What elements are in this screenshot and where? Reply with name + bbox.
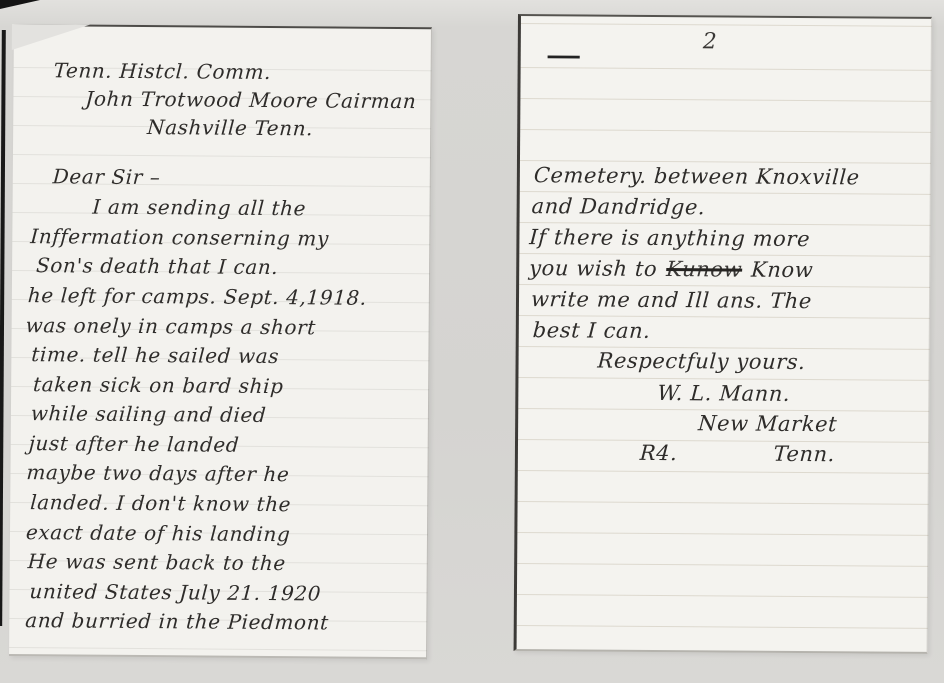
handwriting-line: and Dandridge. [531,193,706,220]
handwriting-line: Cemetery. between Knoxville [533,162,860,190]
handwriting-line: exact date of his landing [25,520,291,547]
letter-signature: W. L. Mann. [657,380,791,407]
film-corner-mark [0,0,40,9]
handwriting-line: He was sent back to the [27,549,287,576]
handwriting-text: Know [750,258,814,282]
handwriting-line: maybe two days after he [26,460,291,487]
page-number: 2 [703,29,717,54]
right-page: — 2 Cemetery. between Knoxville and Dand… [514,14,932,654]
handwriting-line: write me and Ill ans. The [530,286,813,314]
photo-background: Tenn. Histcl. Comm. John Trotwood Moore … [0,0,944,683]
page-dash-mark: — [546,40,582,69]
letter-addressee-name: John Trotwood Moore Cairman [85,87,417,115]
handwriting-line: If there is anything more [529,224,811,252]
letter-closing: Respectfuly yours. [597,348,807,375]
handwriting-line: I am sending all the [92,195,307,222]
handwriting-line: and burried in the Piedmont [25,608,330,635]
sender-address-town: New Market [697,410,838,437]
handwriting-line: Inffermation conserning my [30,224,330,251]
letter-addressee-org: Tenn. Histcl. Comm. [53,58,272,85]
handwriting-line: landed. I don't know the [29,490,291,517]
sender-address-route-state: R4.Tenn. [639,440,836,467]
handwriting-line: taken sick on bard ship [32,372,284,399]
handwriting-line: while sailing and died [30,401,267,428]
handwriting-line: just after he landed [28,431,240,458]
film-edge-strip [0,30,6,626]
handwriting-line: united States July 21. 1920 [29,579,322,606]
page-corner-fold [12,24,90,51]
handwriting-line: Son's death that I can. [35,253,279,280]
handwriting-text: you wish to [529,256,658,281]
handwriting-line-with-strikeout: you wish toKunowKnow [528,255,814,283]
handwriting-line: time. tell he sailed was [31,342,280,369]
handwriting-line: was onely in camps a short [25,313,317,340]
sender-route: R4. [639,441,678,465]
left-page: Tenn. Histcl. Comm. John Trotwood Moore … [9,24,432,659]
handwriting-line: he left for camps. Sept. 4,1918. [27,283,367,311]
sender-state: Tenn. [773,442,836,466]
letter-salutation: Dear Sir – [52,164,161,190]
handwriting-line: best I can. [532,317,651,344]
struck-word: Kunow [666,257,743,282]
letter-addressee-city: Nashville Tenn. [146,115,314,141]
